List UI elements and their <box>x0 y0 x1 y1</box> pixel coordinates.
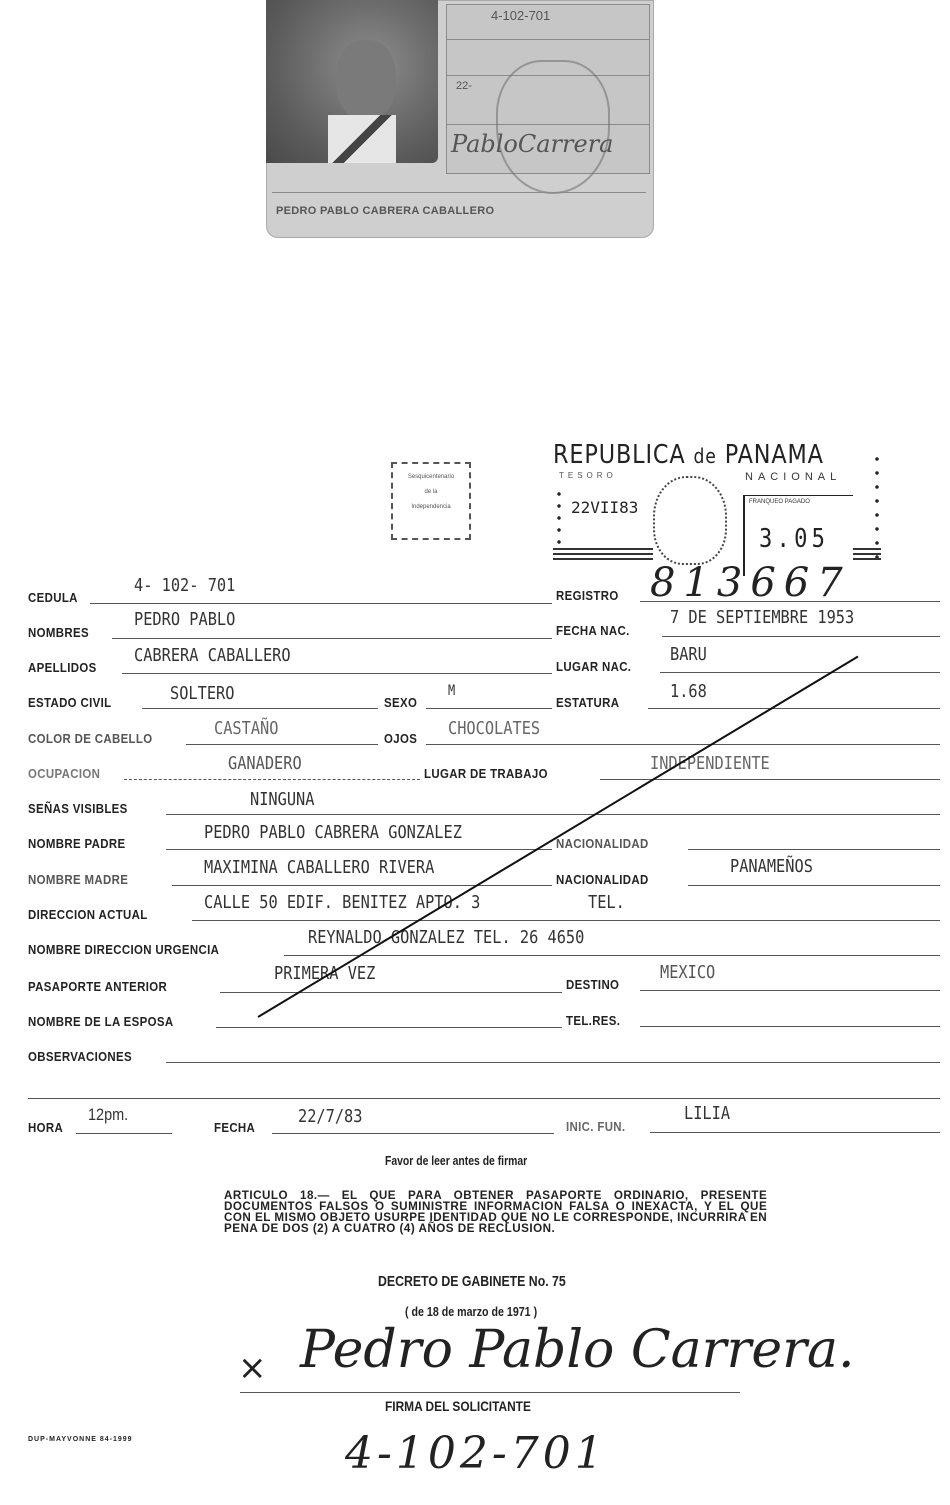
stamp-title: REPUBLICA de PANAMA <box>553 440 824 470</box>
stamp-subtitle-left: TESORO <box>559 471 617 480</box>
line-direccion-actual <box>192 920 940 921</box>
label-pasaporte-anterior: PASAPORTE ANTERIOR <box>28 979 167 994</box>
handwritten-cedula: 4-102-701 <box>345 1428 607 1479</box>
value-hora: 12pm. <box>88 1105 128 1125</box>
line-nacionalidad-madre <box>688 885 940 886</box>
line-nacionalidad-padre <box>688 849 940 850</box>
label-sexo: SEXO <box>384 695 417 710</box>
id-photo <box>266 0 438 163</box>
label-lugar-trabajo: LUGAR DE TRABAJO <box>424 766 548 781</box>
signature-mark: × <box>238 1348 267 1388</box>
label-direccion-urgencia: NOMBRE DIRECCION URGENCIA <box>28 942 219 957</box>
applicant-signature: Pedro Pablo Carrera. <box>300 1320 854 1380</box>
stamp-line-1: Sesquicentenario <box>393 470 469 485</box>
line-sexo <box>426 708 552 709</box>
label-estatura: ESTATURA <box>556 695 619 710</box>
decree-date: ( de 18 de marzo de 1971 ) <box>405 1304 537 1319</box>
label-nacionalidad-padre: NACIONALIDAD <box>556 836 649 851</box>
value-nombre-padre: PEDRO PABLO CABRERA GONZALEZ <box>204 822 462 843</box>
value-estatura: 1.68 <box>670 681 707 702</box>
id-card-photocopy: 4-102-701 22- PabloCarrera PEDRO PABLO C… <box>266 0 654 238</box>
registro-handwritten: 813667 <box>650 560 851 606</box>
stamp-dots-right <box>875 452 879 562</box>
label-fecha: FECHA <box>214 1120 255 1135</box>
stamp-date: 22VII83 <box>571 498 638 517</box>
value-cedula: 4- 102- 701 <box>134 575 235 596</box>
line-nombre-madre <box>172 885 552 886</box>
line-cedula <box>90 603 552 604</box>
line-destino <box>640 990 940 991</box>
label-estado-civil: ESTADO CIVIL <box>28 695 111 710</box>
shirt-collar <box>328 115 396 163</box>
print-code: DUP-MAYVONNE 84-1999 <box>28 1436 133 1443</box>
value-destino: MEXICO <box>660 962 715 983</box>
line-observaciones-2 <box>28 1098 940 1099</box>
line-estado-civil <box>142 708 378 709</box>
label-nombre-madre: NOMBRE MADRE <box>28 872 128 887</box>
id-card-signature: PabloCarrera <box>451 130 613 158</box>
value-ojos: CHOCOLATES <box>448 718 540 739</box>
signature-line <box>240 1392 740 1393</box>
independence-stamp: Sesquicentenario de la Independencia <box>391 462 471 540</box>
line-nombres <box>112 638 552 639</box>
value-nombres: PEDRO PABLO <box>134 609 235 630</box>
label-apellidos: APELLIDOS <box>28 660 97 675</box>
label-ocupacion: OCUPACION <box>28 766 100 781</box>
line-direccion-urgencia <box>284 955 940 956</box>
line-pasaporte-anterior <box>220 992 562 993</box>
stamp-title-left: REPUBLICA <box>553 440 686 470</box>
value-color-cabello: CASTAÑO <box>214 718 278 739</box>
value-inic-fun: LILIA <box>684 1103 730 1124</box>
line-inic-fun <box>650 1132 940 1133</box>
notice-title: Favor de leer antes de firmar <box>385 1153 527 1168</box>
stamp-cancel-lines-right <box>853 548 881 562</box>
value-ocupacion: GANADERO <box>228 753 302 774</box>
line-hora <box>76 1133 172 1134</box>
line-estatura <box>648 708 940 709</box>
id-card-date: 22- <box>456 80 472 92</box>
label-inic-fun: INIC. FUN. <box>566 1119 625 1134</box>
stamp-line-3: Independencia <box>393 500 469 515</box>
stamp-subtitle-right: NACIONAL <box>745 471 841 483</box>
value-apellidos: CABRERA CABALLERO <box>134 645 291 666</box>
value-nacionalidad-madre: PANAMEÑOS <box>730 856 813 877</box>
decree-title: DECRETO DE GABINETE No. 75 <box>378 1273 566 1290</box>
value-fecha: 22/7/83 <box>298 1106 362 1127</box>
label-nacionalidad-madre: NACIONALIDAD <box>556 872 649 887</box>
line-registro <box>640 601 940 602</box>
value-lugar-nac: BARU <box>670 644 707 665</box>
label-nombre-padre: NOMBRE PADRE <box>28 836 125 851</box>
label-nombres: NOMBRES <box>28 625 89 640</box>
coat-of-arms-icon <box>653 476 727 565</box>
value-nombre-madre: MAXIMINA CABALLERO RIVERA <box>204 857 434 878</box>
line-fecha-nac <box>662 636 940 637</box>
stamp-dots-left <box>557 488 561 548</box>
meter-amount: 3.05 <box>759 524 829 554</box>
line-fecha <box>272 1133 554 1134</box>
line-observaciones <box>166 1062 940 1063</box>
label-lugar-nac: LUGAR NAC. <box>556 659 631 674</box>
id-card-number: 4-102-701 <box>491 8 550 23</box>
line-tel-res <box>640 1026 940 1027</box>
label-registro: REGISTRO <box>556 588 619 603</box>
line-lugar-nac <box>660 672 940 673</box>
label-direccion-actual: DIRECCION ACTUAL <box>28 907 148 922</box>
label-senas-visibles: SEÑAS VISIBLES <box>28 801 128 816</box>
value-sexo: M <box>448 683 455 699</box>
label-hora: HORA <box>28 1120 63 1135</box>
stamp-title-right: PANAMA <box>725 440 824 470</box>
label-observaciones: OBSERVACIONES <box>28 1049 132 1064</box>
label-color-cabello: COLOR DE CABELLO <box>28 731 152 746</box>
label-ojos: OJOS <box>384 731 417 746</box>
signature-label: FIRMA DEL SOLICITANTE <box>385 1398 531 1414</box>
label-tel-res: TEL.RES. <box>566 1013 620 1028</box>
value-estado-civil: SOLTERO <box>170 683 234 704</box>
line-nombre-padre <box>166 849 552 850</box>
label-cedula: CEDULA <box>28 590 78 605</box>
line-apellidos <box>122 673 552 674</box>
id-card-name-strip: PEDRO PABLO CABRERA CABALLERO <box>272 192 646 229</box>
value-fecha-nac: 7 DE SEPTIEMBRE 1953 <box>670 607 854 628</box>
stamp-line-2: de la <box>393 485 469 500</box>
official-seal-icon <box>496 60 610 194</box>
label-nombre-esposa: NOMBRE DE LA ESPOSA <box>28 1014 173 1029</box>
postage-meter-stamp: REPUBLICA de PANAMA TESORO NACIONAL 22VI… <box>553 440 883 580</box>
line-ocupacion <box>124 779 420 780</box>
value-direccion-urgencia: REYNALDO GONZALEZ TEL. 26 4650 <box>308 927 584 948</box>
label-fecha-nac: FECHA NAC. <box>556 623 630 638</box>
stamp-title-de: de <box>694 444 717 468</box>
line-senas-visibles <box>166 814 940 815</box>
article-18-text: ARTICULO 18.— EL QUE PARA OBTENER PASAPO… <box>224 1190 767 1234</box>
value-pasaporte-anterior: PRIMERA VEZ <box>274 963 375 984</box>
id-card-name: PEDRO PABLO CABRERA CABALLERO <box>276 205 494 217</box>
line-nombre-esposa <box>216 1027 562 1028</box>
line-ojos <box>426 744 940 745</box>
line-color-cabello <box>186 744 378 745</box>
value-direccion-actual: CALLE 50 EDIF. BENITEZ APTO. 3 <box>204 892 480 913</box>
meter-label: FRANQUEO PAGADO <box>749 499 810 505</box>
value-senas-visibles: NINGUNA <box>250 789 314 810</box>
face-silhouette <box>336 40 396 120</box>
label-destino: DESTINO <box>566 977 619 992</box>
label-tel: TEL. <box>588 892 625 913</box>
stamp-cancel-lines <box>553 548 653 562</box>
